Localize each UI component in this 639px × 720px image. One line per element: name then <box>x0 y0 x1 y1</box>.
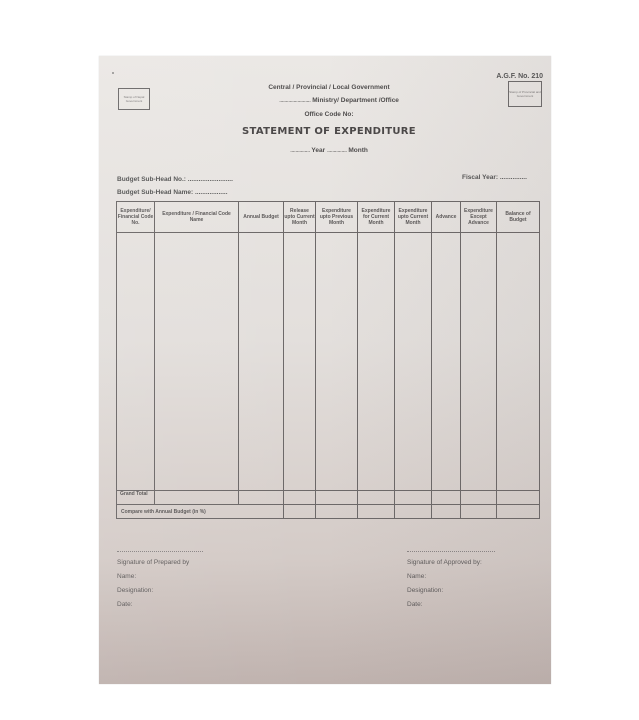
compare-row: Compare with Annual Budget (in %) <box>117 505 540 519</box>
approved-date-field[interactable]: Date: <box>407 601 482 608</box>
page-title: STATEMENT OF EXPENDITURE <box>219 126 439 137</box>
stamp-box-provincial-government: Stamp of Provincial and Government <box>508 81 542 107</box>
table-header-row: Expenditure/ Financial Code No. Expendit… <box>117 202 540 233</box>
prepared-by-block: Signature of Prepared by Name: Designati… <box>117 559 189 615</box>
expenditure-table: Expenditure/ Financial Code No. Expendit… <box>116 201 540 519</box>
table-cell[interactable] <box>358 505 395 519</box>
ministry-line: ........................ Ministry/ Depar… <box>229 97 449 104</box>
government-level-heading: Central / Provincial / Local Government <box>219 84 439 91</box>
table-cell[interactable] <box>284 233 316 491</box>
prepared-signature-label: Signature of Prepared by <box>117 559 189 566</box>
form-number: A.G.F. No. 210 <box>491 73 543 80</box>
table-cell[interactable] <box>461 233 497 491</box>
grand-total-row: Grand Total <box>117 491 540 505</box>
table-cell[interactable] <box>497 233 540 491</box>
table-cell[interactable] <box>395 491 432 505</box>
col-header-release: Release upto Current Month <box>284 202 316 233</box>
budget-subhead-name-field[interactable]: Budget Sub-Head Name: .................. <box>117 189 228 196</box>
table-cell[interactable] <box>432 505 461 519</box>
table-cell[interactable] <box>432 491 461 505</box>
table-cell[interactable] <box>155 233 239 491</box>
month-blank[interactable]: ............... <box>327 147 347 154</box>
table-cell[interactable] <box>358 491 395 505</box>
table-cell[interactable] <box>395 233 432 491</box>
col-header-exp-except-advance: Expenditure Except Advance <box>461 202 497 233</box>
table-cell[interactable] <box>239 233 284 491</box>
approved-designation-field[interactable]: Designation: <box>407 587 482 594</box>
stamp-right-label: Stamp of Provincial and Government <box>509 90 541 98</box>
table-cell[interactable] <box>497 505 540 519</box>
table-cell[interactable] <box>316 491 358 505</box>
col-header-balance: Balance of Budget <box>497 202 540 233</box>
grand-total-label: Grand Total <box>117 491 155 505</box>
approved-signature-label: Signature of Approved by: <box>407 559 482 566</box>
year-label: Year <box>311 147 325 154</box>
col-header-code-name: Expenditure / Financial Code Name <box>155 202 239 233</box>
fiscal-year-field[interactable]: Fiscal Year: ............... <box>462 174 527 181</box>
stamp-left-label: Stamp of Nepal Government <box>119 95 149 103</box>
month-label: Month <box>348 147 368 154</box>
prepared-designation-field[interactable]: Designation: <box>117 587 189 594</box>
compare-label: Compare with Annual Budget (in %) <box>117 505 284 519</box>
table-cell[interactable] <box>358 233 395 491</box>
prepared-name-field[interactable]: Name: <box>117 573 189 580</box>
col-header-advance: Advance <box>432 202 461 233</box>
col-header-exp-current: Expenditure for Current Month <box>358 202 395 233</box>
prepared-date-field[interactable]: Date: <box>117 601 189 608</box>
table-cell[interactable] <box>155 491 239 505</box>
paper-mark <box>112 72 114 74</box>
table-cell[interactable] <box>239 491 284 505</box>
approved-name-field[interactable]: Name: <box>407 573 482 580</box>
table-cell[interactable] <box>316 233 358 491</box>
col-header-code-no: Expenditure/ Financial Code No. <box>117 202 155 233</box>
table-cell[interactable] <box>117 233 155 491</box>
table-cell[interactable] <box>395 505 432 519</box>
table-entry-row <box>117 233 540 491</box>
approved-by-block: Signature of Approved by: Name: Designat… <box>407 559 482 615</box>
table-cell[interactable] <box>461 491 497 505</box>
prepared-signature-line[interactable] <box>117 551 203 552</box>
table-cell[interactable] <box>316 505 358 519</box>
col-header-exp-previous: Expenditure upto Previous Month <box>316 202 358 233</box>
col-header-annual-budget: Annual Budget <box>239 202 284 233</box>
table-cell[interactable] <box>461 505 497 519</box>
period-line: ............... Year ............... Mon… <box>219 147 439 154</box>
table-cell[interactable] <box>284 491 316 505</box>
stamp-box-nepal-government: Stamp of Nepal Government <box>118 88 150 110</box>
table-cell[interactable] <box>284 505 316 519</box>
approved-signature-line[interactable] <box>407 551 495 552</box>
budget-subhead-no-field[interactable]: Budget Sub-Head No.: ...................… <box>117 176 233 183</box>
table-cell[interactable] <box>497 491 540 505</box>
ministry-label: Ministry/ Department /Office <box>312 97 399 104</box>
year-blank[interactable]: ............... <box>290 147 310 154</box>
col-header-exp-upto-current: Expenditure upto Current Month <box>395 202 432 233</box>
office-code-label: Office Code No: <box>219 111 439 118</box>
expenditure-form-sheet: Stamp of Nepal Government A.G.F. No. 210… <box>99 56 551 684</box>
ministry-blank[interactable]: ........................ <box>279 97 310 104</box>
table-cell[interactable] <box>432 233 461 491</box>
